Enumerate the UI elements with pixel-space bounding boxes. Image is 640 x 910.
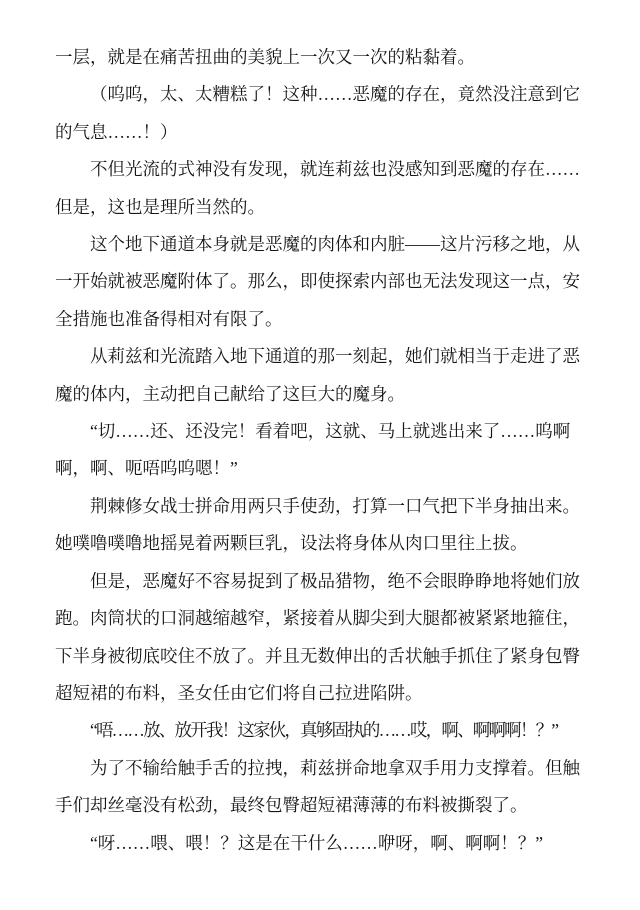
paragraph: “呀……喂、喂！？这是在干什么……咿呀，啊、啊啊！？” xyxy=(55,825,583,862)
paragraph: 这个地下通道本身就是恶魔的肉体和内脏——这片污移之地，从一开始就被恶魔附体了。那… xyxy=(55,226,583,338)
paragraph: 从莉兹和光流踏入地下通道的那一刻起，她们就相当于走进了恶魔的体内，主动把自己献给… xyxy=(55,338,583,413)
novel-text-page: 一层，就是在痛苦扭曲的美貌上一次又一次的粘黏着。 （呜呜，太、太糟糕了！这种……… xyxy=(0,0,640,910)
paragraph: （呜呜，太、太糟糕了！这种……恶魔的存在，竟然没注意到它的气息……！） xyxy=(55,76,583,151)
paragraph: 荆棘修女战士拼命用两只手使劲，打算一口气把下半身抽出来。她噗噜噗噜地摇晃着两颗巨… xyxy=(55,488,583,563)
paragraph: “切……还、还没完！看着吧，这就、马上就逃出来了……呜啊啊，啊、呃唔呜呜嗯！” xyxy=(55,413,583,488)
paragraph: 一层，就是在痛苦扭曲的美貌上一次又一次的粘黏着。 xyxy=(55,39,583,76)
paragraph: 但是，恶魔好不容易捉到了极品猎物，绝不会眼睁睁地将她们放跑。肉筒状的口洞越缩越窄… xyxy=(55,563,583,713)
paragraph: 不但光流的式神没有发现，就连莉兹也没感知到恶魔的存在……但是，这也是理所当然的。 xyxy=(55,151,583,226)
paragraph: “唔……放、放开我！这家伙，真够固执的……哎，啊、啊啊啊！？” xyxy=(55,712,583,749)
paragraph: 为了不输给触手舌的拉拽，莉兹拼命地拿双手用力支撑着。但触手们却丝毫没有松劲，最终… xyxy=(55,750,583,825)
